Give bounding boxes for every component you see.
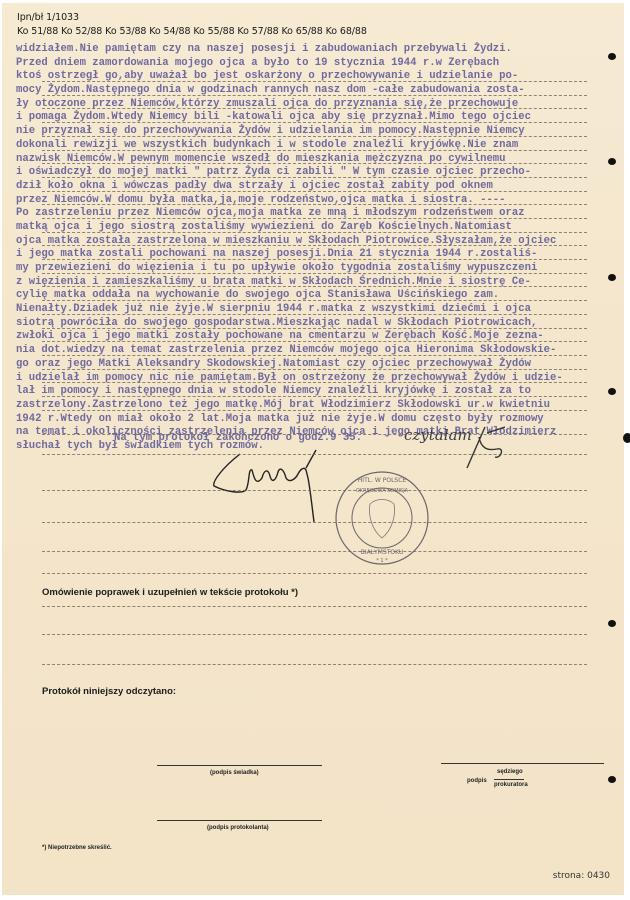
punch-hole: [608, 776, 616, 783]
form-rule-line: [42, 218, 587, 219]
form-rule-line: [42, 328, 587, 329]
form-rule-line: [42, 191, 587, 192]
svg-text:OKRĘGOWA KOMISJA: OKRĘGOWA KOMISJA: [356, 488, 409, 494]
witness-initials-signature: [457, 423, 517, 473]
form-rule-line: [42, 81, 587, 82]
testimony-line: przez Niemców.W domu była matka,ja,moje …: [16, 194, 586, 208]
witness-signature-label: (podpis świadka): [210, 770, 259, 776]
form-rule-line: [42, 434, 587, 435]
form-rule-line: [42, 551, 587, 552]
signature-prefix: podpis: [467, 778, 487, 784]
form-rule-line: [42, 163, 587, 164]
testimony-line: zwłoki ojca i jego matki zostały pochowa…: [16, 330, 586, 344]
testimony-line: i pomaga Żydom.Wtedy Niemcy bili -katowa…: [16, 111, 586, 125]
testimony-line: z więzienia i zamieszkaliśmy u brata mat…: [16, 276, 586, 290]
testimony-line: ojca matka została zastrzelona w mieszka…: [16, 235, 586, 249]
footnote: *) Niepotrzebne skreślić.: [42, 845, 112, 851]
clerk-signature-label: (podpis protokolanta): [207, 825, 269, 831]
form-rule-line: [42, 369, 587, 370]
corrections-label: Omówienie poprawek i uzupełnień w tekści…: [42, 587, 298, 598]
form-rule-line: [42, 454, 587, 455]
form-rule-line: [42, 314, 587, 315]
judge-label: sędziego: [497, 769, 523, 775]
form-rule-line: [42, 300, 587, 301]
form-rule-line: [42, 634, 587, 635]
form-rule-line: [42, 232, 587, 233]
document-page: Ipn/bł 1/1033 Ko 51/88 Ko 52/88 Ko 53/88…: [2, 3, 624, 895]
punch-hole: [608, 158, 616, 165]
form-rule-line: [42, 204, 587, 205]
form-rule-line: [42, 573, 587, 574]
case-numbers: Ko 51/88 Ko 52/88 Ko 53/88 Ko 54/88 Ko 5…: [17, 26, 367, 37]
form-rule-line: [42, 273, 587, 274]
page-number: strona: 0430: [553, 871, 610, 881]
official-signature-line: [441, 763, 604, 764]
form-rule-line: [42, 259, 587, 260]
form-rule-line: [42, 522, 587, 523]
typed-testimony: widziałem.Nie pamiętam czy na naszej pos…: [16, 43, 586, 454]
prosecutor-label: prokuratora: [494, 782, 528, 788]
form-rule-line: [42, 382, 587, 383]
punch-hole: [608, 388, 616, 395]
form-rule-line: [42, 150, 587, 151]
testimony-line: ktoś ostrzegł go,aby uważał bo jest oska…: [16, 70, 586, 84]
punch-hole: [623, 433, 630, 443]
form-rule-line: [42, 606, 587, 607]
clerk-signature-line: [157, 820, 322, 821]
punch-hole: [608, 53, 616, 60]
testimony-line: ły otoczone przez Niemców,którzy zmuszal…: [16, 98, 586, 112]
svg-text:* 1 *: * 1 *: [376, 558, 388, 564]
form-rule-line: [42, 664, 587, 665]
official-stamp: HITL. W POLSCE OKRĘGOWA KOMISJA BIAŁYMST…: [332, 468, 432, 568]
form-rule-line: [42, 355, 587, 356]
form-rule-line: [42, 108, 587, 109]
form-rule-line: [42, 410, 587, 411]
testimony-line: nazwisk Niemców.W pewnym momencie wszedł…: [16, 153, 586, 167]
archive-reference: Ipn/bł 1/1033: [17, 12, 79, 23]
testimony-line: Przed dniem zamordowania mojego ojca a b…: [16, 57, 586, 71]
form-rule-line: [42, 396, 587, 397]
read-label: Protokół niniejszy odczytano:: [42, 686, 176, 697]
form-rule-line: [42, 136, 587, 137]
testimony-line: cylię matka oddała na wychowanie do swoj…: [16, 289, 586, 303]
witness-signature-line: [157, 765, 322, 766]
form-rule-line: [42, 341, 587, 342]
form-rule-line: [42, 286, 587, 287]
testimony-line: widziałem.Nie pamiętam czy na naszej pos…: [16, 43, 586, 57]
form-rule-line: [42, 177, 587, 178]
form-rule-line: [42, 245, 587, 246]
svg-text:HITL. W POLSCE: HITL. W POLSCE: [358, 477, 407, 484]
testimony-line: i udzielał im pomocy nic nie pamiętam.By…: [16, 372, 586, 386]
form-rule-line: [42, 490, 587, 491]
punch-hole: [608, 274, 616, 281]
official-signature: [212, 448, 332, 528]
fraction-line: [494, 779, 524, 780]
form-rule-line: [42, 122, 587, 123]
form-rule-line: [42, 95, 587, 96]
punch-hole: [608, 620, 616, 627]
